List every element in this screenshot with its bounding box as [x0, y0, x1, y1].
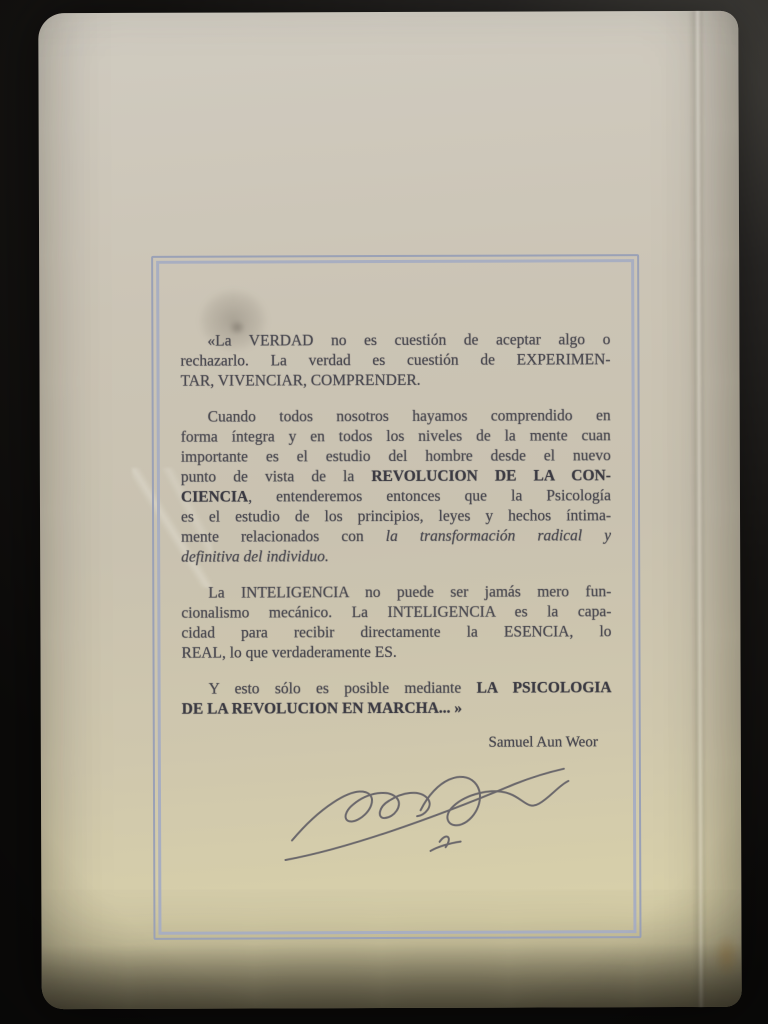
quote-paragraph: «La VERDAD no es cuestión de aceptar alg…: [180, 330, 610, 392]
photo-background: «La VERDAD no es cuestión de aceptar alg…: [0, 0, 768, 1024]
book-back-cover: «La VERDAD no es cuestión de aceptar alg…: [38, 11, 741, 1009]
quote-line: Cuando todos nosotros hayamos comprendid…: [181, 406, 611, 428]
quote-line: rechazarlo. La verdad es cuestión de EXP…: [180, 350, 610, 372]
quote-line: punto de vista de la REVOLUCION DE LA CO…: [181, 466, 611, 488]
text-segment: REVOLUCION DE LA CON-: [371, 467, 611, 485]
quote-paragraph: La INTELIGENCIA no puede ser jamás mero …: [181, 582, 611, 664]
quote-line: TAR, VIVENCIAR, COMPRENDER.: [181, 370, 611, 392]
text-segment: rechazarlo. La verdad es cuestión de EXP…: [180, 351, 610, 370]
text-segment: punto de vista de la: [181, 468, 372, 486]
quote-line: Y esto sólo es posible mediante LA PSICO…: [182, 678, 612, 700]
quote-line: La INTELIGENCIA no puede ser jamás mero …: [181, 582, 611, 604]
text-segment: cidad para recibir directamente la ESENC…: [181, 623, 611, 642]
text-segment: CIENCIA: [181, 488, 248, 505]
quote-line: es el estudio de los principios, leyes y…: [181, 506, 611, 528]
text-segment: la transformación radical y: [386, 527, 611, 545]
quote-block: «La VERDAD no es cuestión de aceptar alg…: [180, 330, 611, 719]
text-segment: , entenderemos entonces que la Psicologí…: [248, 487, 611, 505]
text-segment: «La VERDAD no es cuestión de aceptar alg…: [207, 331, 610, 349]
text-segment: DE LA REVOLUCION EN MARCHA... »: [182, 700, 462, 718]
text-segment: es el estudio de los principios, leyes y…: [181, 507, 611, 526]
quote-line: importante es el estudio del hombre desd…: [181, 446, 611, 468]
text-segment: importante es el estudio del hombre desd…: [181, 447, 611, 466]
text-segment: LA PSICOLOGIA: [477, 679, 612, 696]
quote-line: mente relacionados con la transformación…: [181, 526, 611, 548]
text-segment: cionalismo mecánico. La INTELIGENCIA es …: [181, 603, 611, 622]
text-segment: Y esto sólo es posible mediante: [209, 680, 477, 698]
cover-hinge-crease: [688, 11, 707, 1007]
text-segment: TAR, VIVENCIAR, COMPRENDER.: [181, 372, 421, 390]
text-segment: La INTELIGENCIA no puede ser jamás mero …: [208, 583, 611, 601]
decorative-frame: «La VERDAD no es cuestión de aceptar alg…: [151, 254, 641, 940]
text-segment: REAL, lo que verdaderamente ES.: [181, 644, 396, 662]
text-segment: definitiva del individuo.: [181, 548, 329, 566]
quote-line: REAL, lo que verdaderamente ES.: [181, 642, 611, 664]
quote-line: cionalismo mecánico. La INTELIGENCIA es …: [181, 602, 611, 624]
quote-line: «La VERDAD no es cuestión de aceptar alg…: [180, 330, 610, 352]
decorative-frame-inner: «La VERDAD no es cuestión de aceptar alg…: [156, 259, 636, 935]
shadow-overlay: [42, 943, 742, 1009]
text-segment: mente relacionados con: [181, 528, 386, 546]
quote-line: CIENCIA, entenderemos entonces que la Ps…: [181, 486, 611, 508]
quote-line: DE LA REVOLUCION EN MARCHA... »: [182, 698, 612, 720]
quote-paragraph: Y esto sólo es posible mediante LA PSICO…: [182, 678, 612, 720]
text-segment: Cuando todos nosotros hayamos comprendid…: [208, 407, 611, 425]
quote-line: definitiva del individuo.: [181, 546, 611, 568]
quote-line: cidad para recibir directamente la ESENC…: [181, 622, 611, 644]
signature-scribble-icon: [274, 738, 586, 877]
quote-paragraph: Cuando todos nosotros hayamos comprendid…: [181, 406, 612, 568]
quote-line: forma íntegra y en todos los niveles de …: [181, 426, 611, 448]
text-segment: forma íntegra y en todos los niveles de …: [181, 427, 611, 446]
